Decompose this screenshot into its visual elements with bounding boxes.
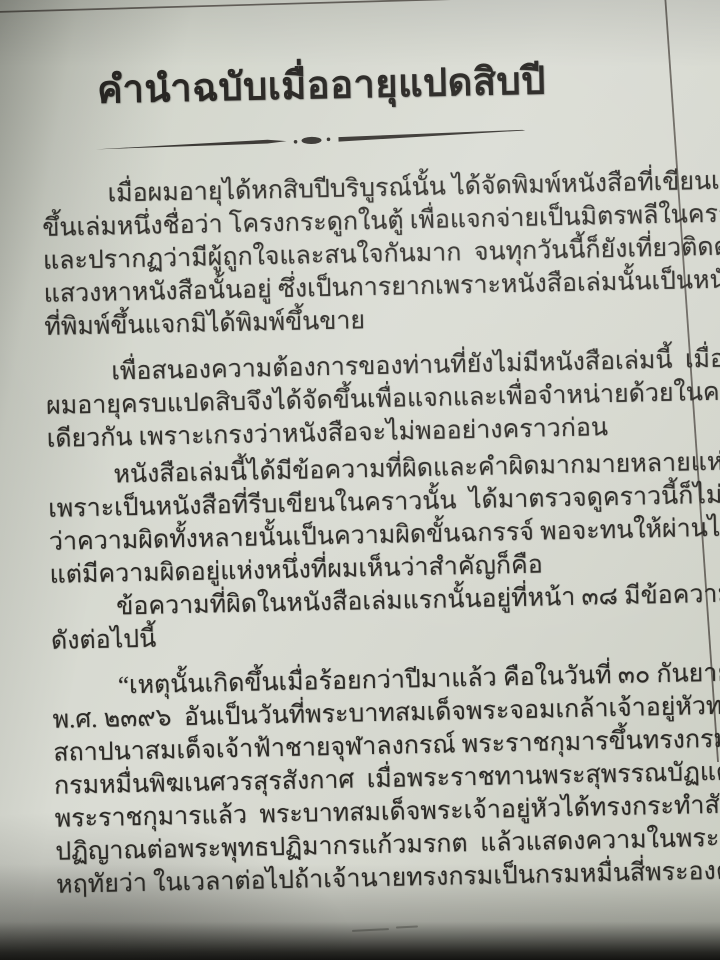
page-body-text: เมื่อผมอายุได้หกสิบปีบริบูรณ์นั้น ได้จัด… <box>41 166 672 902</box>
paragraph-3: หนังสือเล่มนี้ได้มีข้อความที่ผิดและคำผิด… <box>47 447 666 592</box>
divider-right-dot <box>327 137 331 141</box>
divider-left-dot <box>294 140 298 144</box>
paragraph-2: เพื่อสนองความต้องการของท่านที่ยังไม่มีหน… <box>45 344 663 456</box>
paragraph-4: ข้อความที่ผิดในหนังสือเล่มแรกนั้นอยู่ที่… <box>50 579 667 658</box>
book-page-photo: คำนำฉบับเมื่ออายุแปดสิบปี เมื่อผมอายุได้… <box>0 0 720 960</box>
divider-left-blade <box>96 139 287 149</box>
paragraph-5-quote: “เหตุนั้นเกิดขึ้นเมื่อร้อยกว่าปีมาแล้ว ค… <box>52 658 673 902</box>
page-content: คำนำฉบับเมื่ออายุแปดสิบปี เมื่อผมอายุได้… <box>0 0 720 960</box>
paragraph-1: เมื่อผมอายุได้หกสิบปีบริบูรณ์นั้น ได้จัด… <box>41 166 660 344</box>
divider-right-blade <box>338 130 525 142</box>
divider-center-bead <box>301 137 321 145</box>
page-title: คำนำฉบับเมื่ออายุแปดสิบปี <box>0 47 652 122</box>
title-divider-ornament <box>92 121 542 156</box>
